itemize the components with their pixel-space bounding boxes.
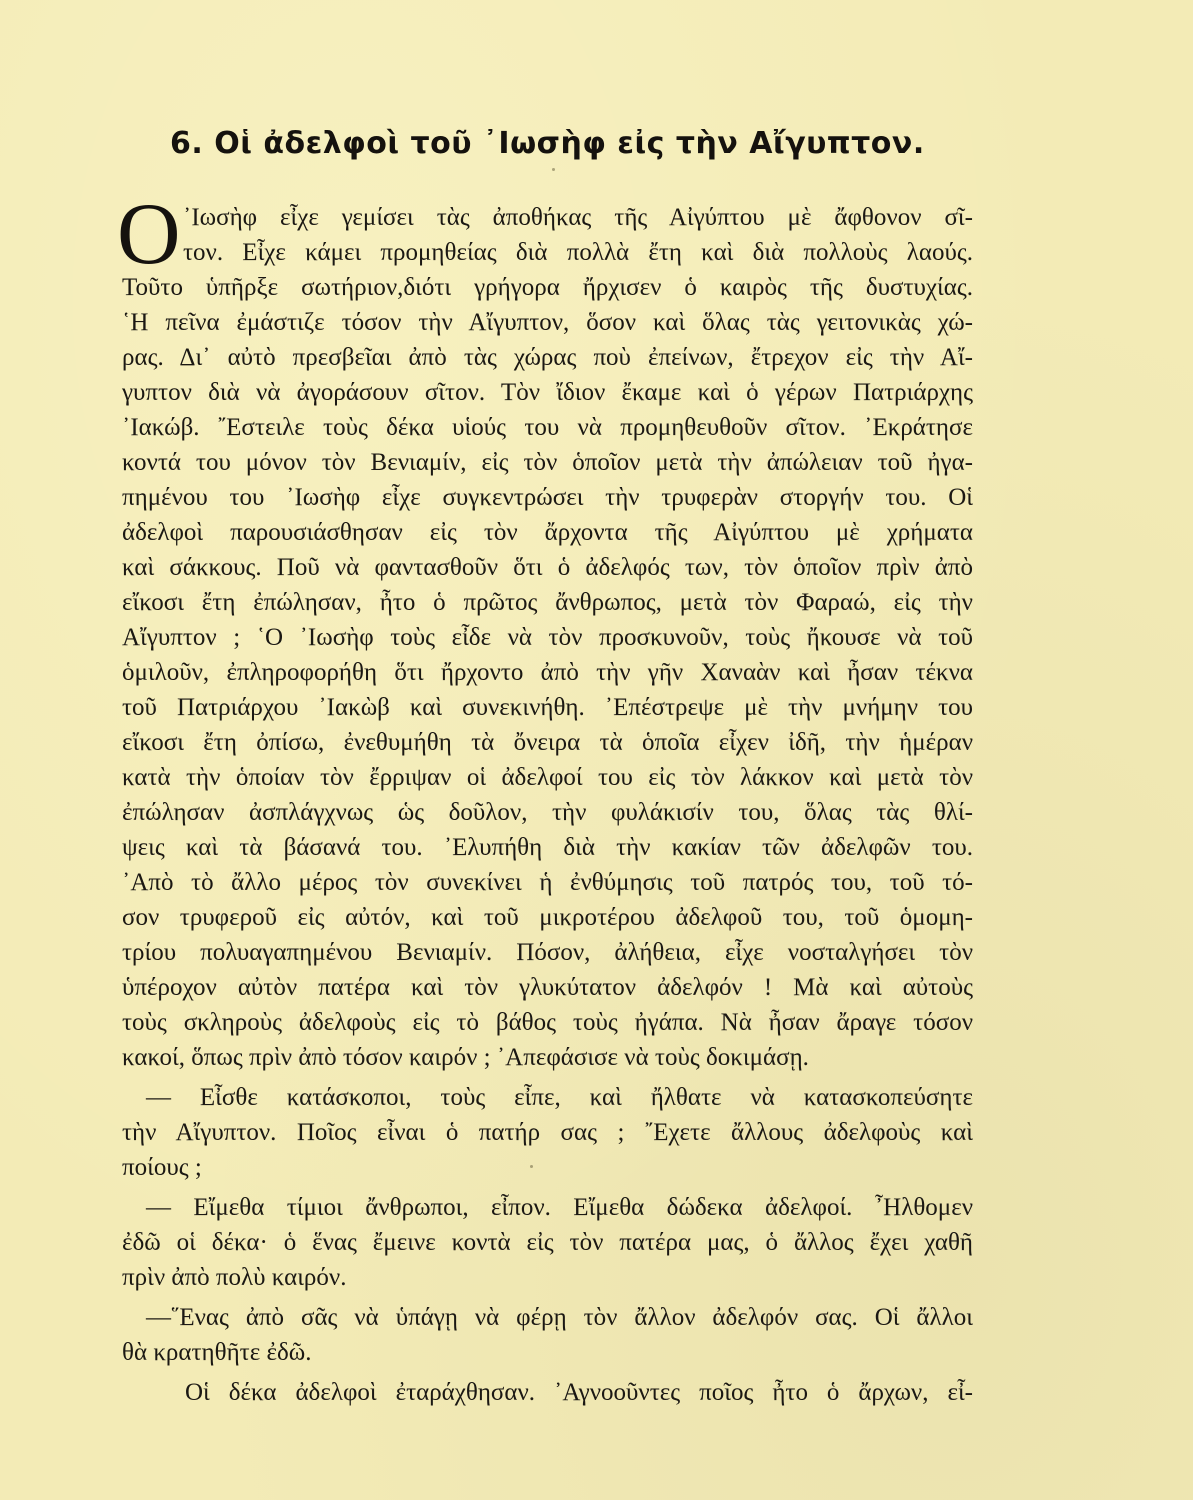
dialogue-line: — Εἴμεθα τίμιοι ἄνθρωποι, εἶπον. Εἴμεθα … — [146, 1193, 973, 1223]
dialogue-line: — Εἶσθε κατάσκοποι, τοὺς εἶπε, καὶ ἤλθατ… — [146, 1083, 973, 1113]
text-line: ποίους ; — [122, 1153, 973, 1183]
text-line: ῾Η πεῖνα ἐμάστιζε τόσον τὴν Αἴγυπτον, ὅσ… — [122, 308, 973, 338]
text-line: ἀδελφοὶ παρουσιάσθησαν εἰς τὸν ἄρχοντα τ… — [122, 518, 973, 548]
text-line: τον. Εἶχε κάμει προμηθείας διὰ πολλὰ ἔτη… — [183, 238, 973, 268]
paragraph-start-line: Οἱ δέκα ἀδελφοὶ ἐταράχθησαν. ᾿Αγνοοῦντες… — [185, 1378, 973, 1408]
text-line: καὶ σάκκους. Ποῦ νὰ φαντασθοῦν ὅτι ὁ ἀδε… — [122, 553, 973, 583]
text-line: πημένου του ᾿Ιωσὴφ εἶχε συγκεντρώσει τὴν… — [122, 483, 973, 513]
text-line: κατὰ τὴν ὁποίαν τὸν ἔρριψαν οἱ ἀδελφοί τ… — [122, 763, 973, 793]
text-line: τοὺς σκληροὺς ἀδελφοὺς εἰς τὸ βάθος τοὺς… — [122, 1008, 973, 1038]
text-line: γυπτον διὰ νὰ ἀγοράσουν σῖτον. Τὸν ἴδιον… — [122, 378, 973, 408]
text-line: ἐδῶ οἱ δέκα· ὁ ἕνας ἔμεινε κοντὰ εἰς τὸν… — [122, 1228, 973, 1258]
text-line: ρας. Δι᾿ αὐτὸ πρεσβεῖαι ἀπὸ τὰς χώρας πο… — [122, 343, 973, 373]
text-line: εἴκοσι ἔτη ὀπίσω, ἐνεθυμήθη τὰ ὄνειρα τὰ… — [122, 728, 973, 758]
chapter-title: 6. Οἱ ἀδελφοὶ τοῦ ᾿Ιωσὴφ εἰς τὴν Αἴγυπτο… — [170, 126, 970, 161]
text-line: Αἴγυπτον ; ῾Ο ᾿Ιωσὴφ τοὺς εἶδε νὰ τὸν πρ… — [122, 623, 973, 653]
text-line: ᾿Απὸ τὸ ἄλλο μέρος τὸν συνεκίνει ἡ ἐνθύμ… — [122, 868, 973, 898]
text-line: κοντά του μόνον τὸν Βενιαμίν, εἰς τὸν ὁπ… — [122, 448, 973, 478]
text-line: πρὶν ἀπὸ πολὺ καιρόν. — [122, 1263, 973, 1293]
paper-speck — [552, 168, 555, 171]
paper-speck — [530, 1165, 533, 1168]
text-line: θὰ κρατηθῆτε ἐδῶ. — [122, 1338, 973, 1368]
text-line: εἴκοσι ἔτη ἐπώλησαν, ἦτο ὁ πρῶτος ἄνθρωπ… — [122, 588, 973, 618]
text-line: σον τρυφεροῦ εἰς αὐτόν, καὶ τοῦ μικροτέρ… — [122, 903, 973, 933]
dialogue-line: —῞Ενας ἀπὸ σᾶς νὰ ὑπάγῃ νὰ φέρῃ τὸν ἄλλο… — [146, 1303, 973, 1333]
text-line: ὁμιλοῦν, ἐπληροφορήθη ὅτι ἤρχοντο ἀπὸ τὴ… — [122, 658, 973, 688]
text-line: ᾿Ιωσὴφ εἶχε γεμίσει τὰς ἀποθήκας τῆς Αἰγ… — [183, 203, 973, 233]
text-line: τοῦ Πατριάρχου ᾿Ιακὼβ καὶ συνεκινήθη. ᾿Ε… — [122, 693, 973, 723]
text-line: κακοί, ὅπως πρὶν ἀπὸ τόσον καιρόν ; ᾿Απε… — [122, 1043, 973, 1073]
text-line: ᾿Ιακώβ. ῎Εστειλε τοὺς δέκα υἱούς του νὰ … — [122, 413, 973, 443]
text-line: ἐπώλησαν ἀσπλάγχνως ὡς δοῦλον, τὴν φυλάκ… — [122, 798, 973, 828]
text-line: Τοῦτο ὑπῆρξε σωτήριον,διότι γρήγορα ἤρχι… — [122, 273, 973, 303]
text-line: τρίου πολυαγαπημένου Βενιαμίν. Πόσον, ἀλ… — [122, 938, 973, 968]
book-page: 6. Οἱ ἀδελφοὶ τοῦ ᾿Ιωσὴφ εἰς τὴν Αἴγυπτο… — [0, 0, 1193, 1500]
text-line: ψεις καὶ τὰ βάσανά του. ᾿Ελυπήθη διὰ τὴν… — [122, 833, 973, 863]
text-line: ὑπέροχον αὐτὸν πατέρα καὶ τὸν γλυκύτατον… — [122, 973, 973, 1003]
drop-cap: Ο — [117, 196, 181, 274]
text-line: τὴν Αἴγυπτον. Ποῖος εἶναι ὁ πατήρ σας ; … — [122, 1118, 973, 1148]
